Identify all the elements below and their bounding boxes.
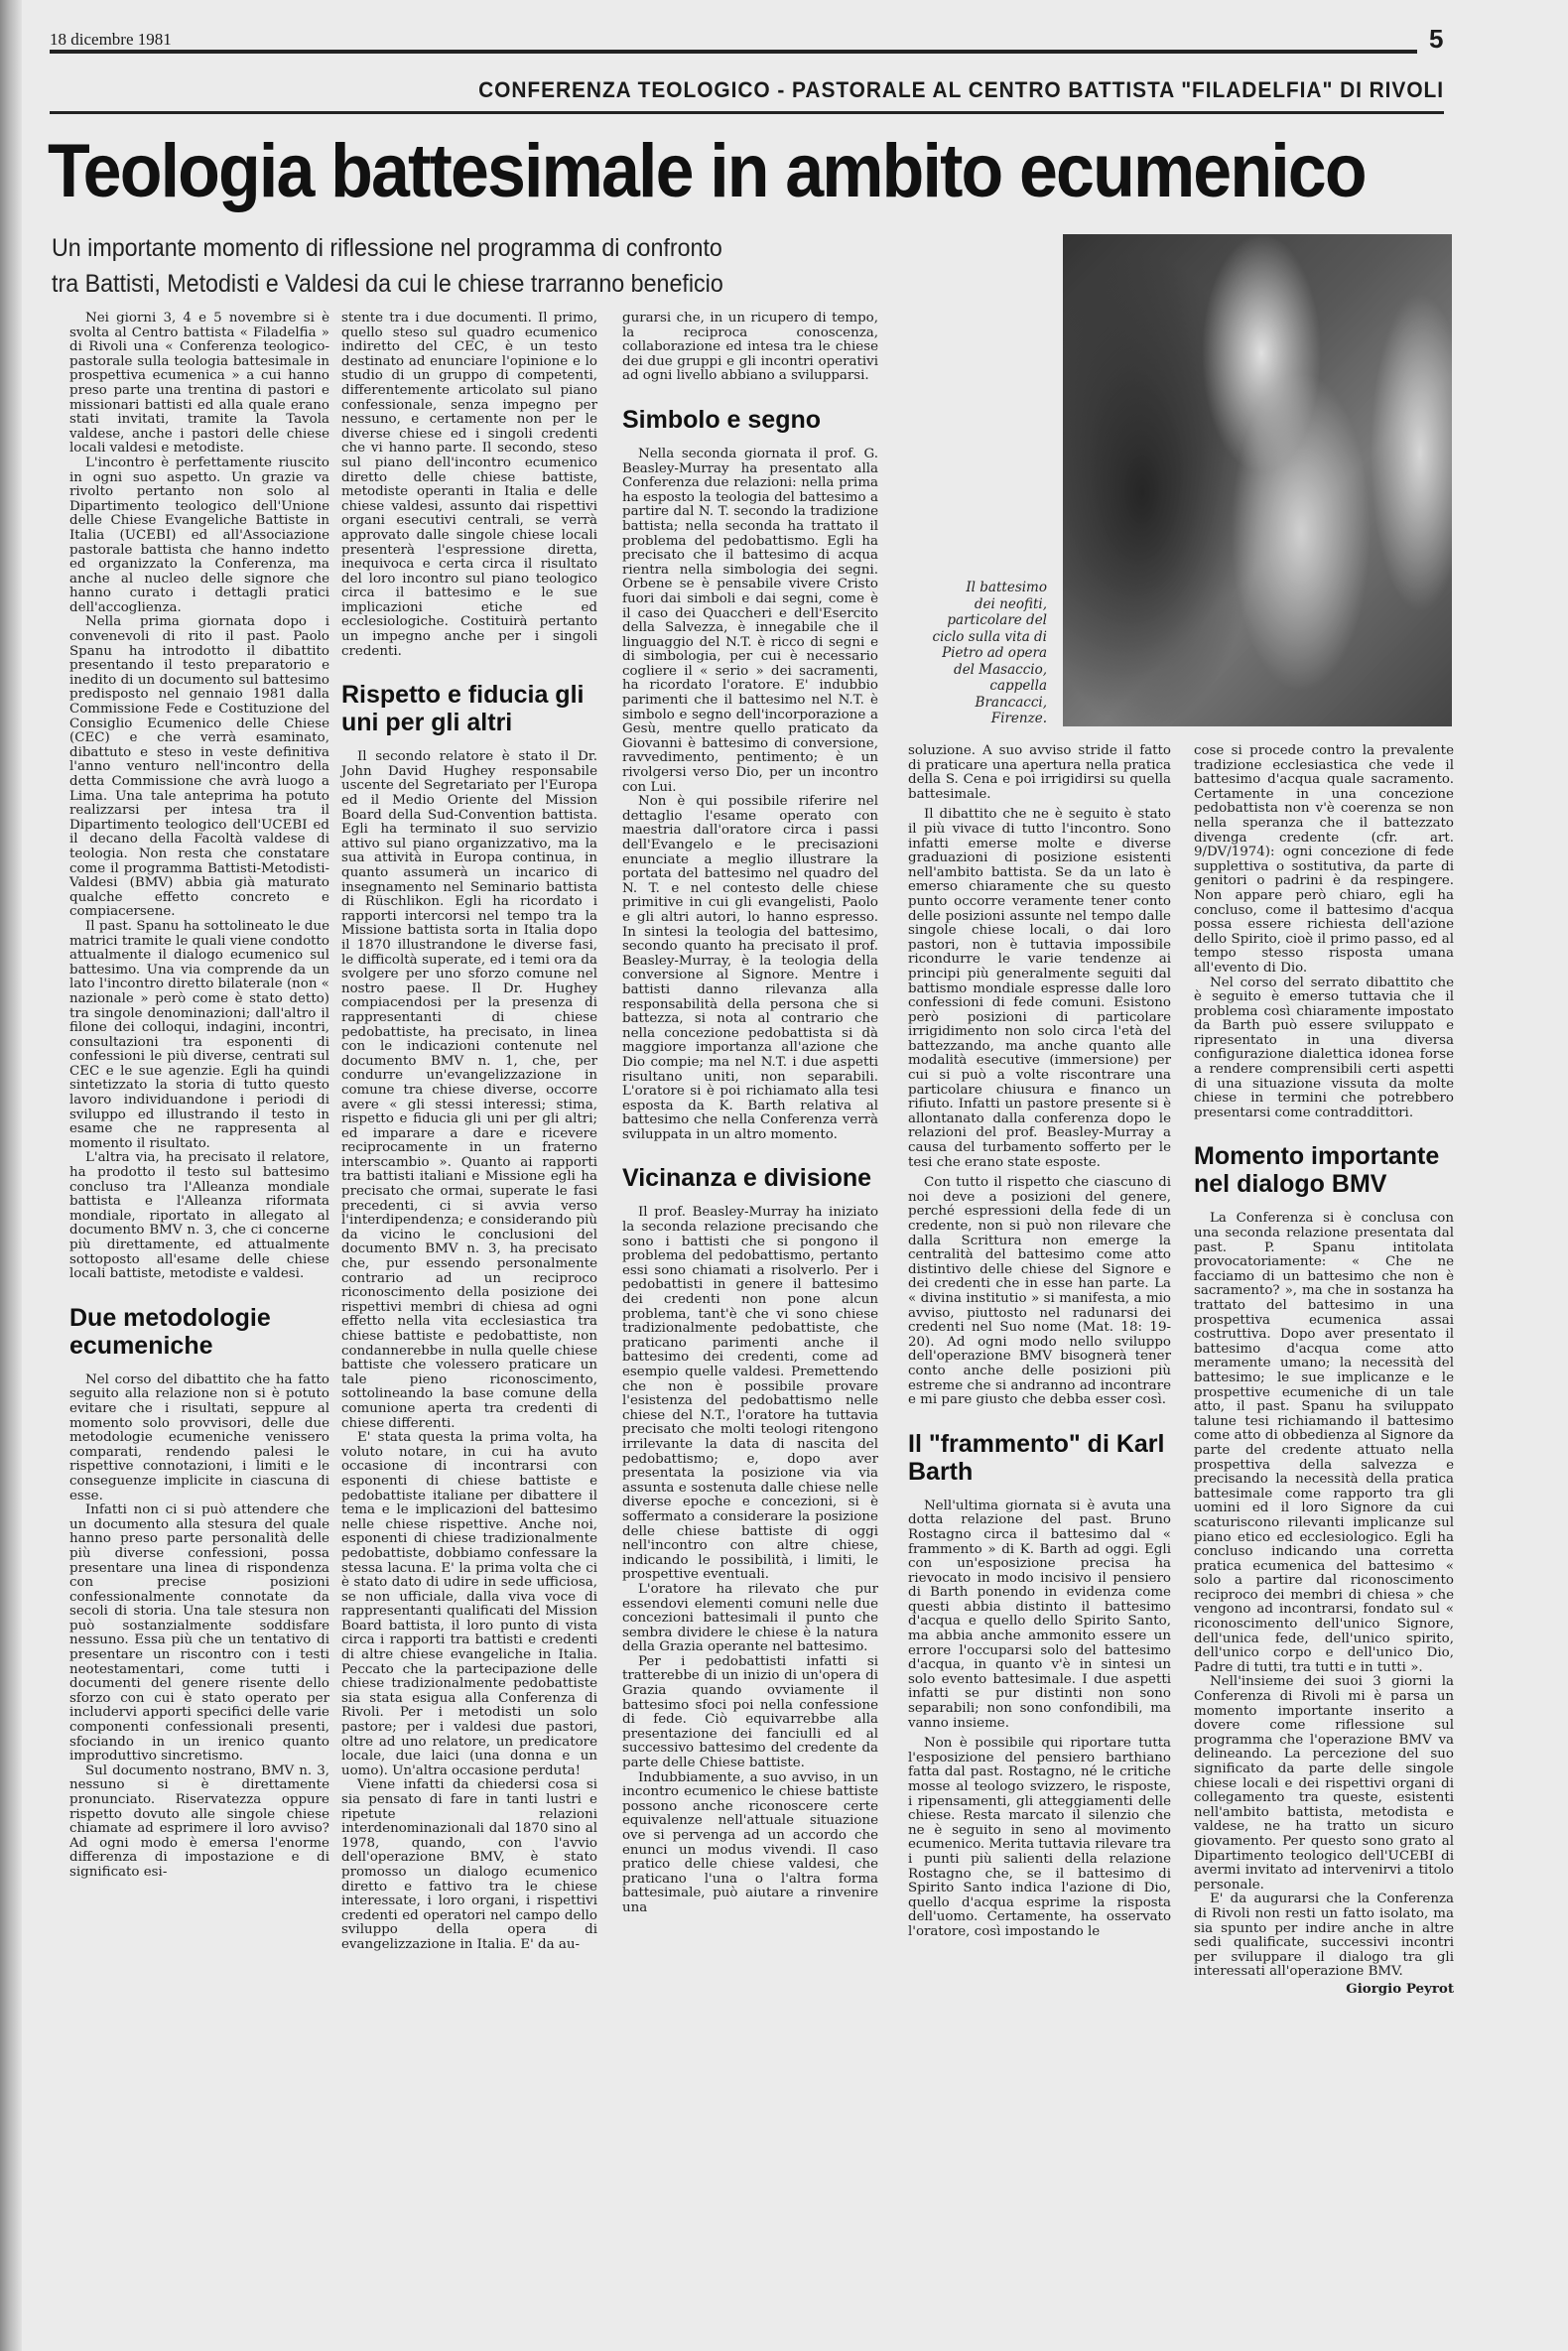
article-column-4: soluzione. A suo avviso stride il fatto …	[908, 744, 1171, 1940]
paragraph: Il prof. Beasley-Murray ha iniziato la s…	[622, 1206, 878, 1582]
caption-line: particolare del	[898, 612, 1047, 629]
photo-caption: Il battesimo dei neofiti, particolare de…	[898, 580, 1047, 727]
page-date: 18 dicembre 1981	[50, 30, 172, 50]
caption-line: dei neofiti,	[898, 596, 1047, 613]
page-number: 5	[1429, 24, 1443, 55]
section-title-due-metodologie: Due metodologie ecumeniche	[69, 1304, 329, 1360]
paragraph: cose si procede contro la prevalente tra…	[1194, 744, 1454, 977]
caption-line: Pietro ad opera	[898, 645, 1047, 662]
paragraph: Infatti non ci si può attendere che un d…	[69, 1503, 329, 1764]
paragraph: La Conferenza si è conclusa con una seco…	[1194, 1212, 1454, 1675]
paragraph: Nei giorni 3, 4 e 5 novembre si è svolta…	[69, 312, 329, 457]
paragraph: Indubbiamente, a suo avviso, in un incon…	[622, 1771, 878, 1916]
caption-line: Firenze.	[898, 711, 1047, 727]
article-column-2: stente tra i due documenti. Il primo, qu…	[341, 312, 597, 1953]
article-column-1: Nei giorni 3, 4 e 5 novembre si è svolta…	[69, 312, 329, 1881]
article-subheadline: Un importante momento di riflessione nel…	[52, 230, 846, 302]
section-title-frammento-barth: Il "frammento" di Karl Barth	[908, 1430, 1171, 1486]
masaccio-baptism-photo	[1063, 234, 1452, 726]
section-title-vicinanza-divisione: Vicinanza e divisione	[622, 1164, 878, 1192]
caption-line: Brancacci,	[898, 695, 1047, 712]
paragraph: Nell'ultima giornata si è avuta una dott…	[908, 1500, 1171, 1732]
paragraph: stente tra i due documenti. Il primo, qu…	[341, 312, 597, 659]
paragraph: Non è possibile qui riportare tutta l'es…	[908, 1737, 1171, 1939]
paragraph: Sul documento nostrano, BMV n. 3, nessun…	[69, 1764, 329, 1881]
kicker-rule-divider	[50, 111, 1444, 114]
author-signature: Giorgio Peyrot	[1194, 1982, 1454, 1997]
paragraph: Nel corso del dibattito che ha fatto seg…	[69, 1373, 329, 1503]
caption-line: Il battesimo	[898, 580, 1047, 596]
section-title-rispetto-fiducia: Rispetto e fiducia gli uni per gli altri	[341, 681, 597, 736]
paragraph: E' stata questa la prima volta, ha volut…	[341, 1431, 597, 1778]
caption-line: del Masaccio,	[898, 662, 1047, 679]
section-title-momento-importante: Momento importante nel dialogo BMV	[1194, 1142, 1454, 1198]
caption-line: cappella	[898, 678, 1047, 695]
article-column-3: gurarsi che, in un ricupero di tempo, la…	[622, 312, 878, 1916]
paragraph: Il past. Spanu ha sottolineato le due ma…	[69, 920, 329, 1152]
article-column-5: cose si procede contro la prevalente tra…	[1194, 744, 1454, 1997]
article-headline: Teologia battesimale in ambito ecumenico	[48, 127, 1344, 216]
top-rule-divider	[50, 50, 1417, 54]
paragraph: Non è qui possibile riferire nel dettagl…	[622, 795, 878, 1142]
paragraph: Nella seconda giornata il prof. G. Beasl…	[622, 448, 878, 795]
paragraph: Per i pedobattisti infatti si tratterebb…	[622, 1655, 878, 1771]
article-kicker: CONFERENZA TEOLOGICO - PASTORALE AL CENT…	[383, 77, 1444, 103]
paragraph: Con tutto il rispetto che ciascuno di no…	[908, 1176, 1171, 1408]
paragraph: Nell'insieme dei suoi 3 giorni la Confer…	[1194, 1675, 1454, 1893]
paragraph: Viene infatti da chiedersi cosa si sia p…	[341, 1778, 597, 1952]
paragraph: Nella prima giornata dopo i convenevoli …	[69, 615, 329, 919]
paragraph: L'oratore ha rilevato che pur essendovi …	[622, 1583, 878, 1655]
section-title-simbolo-segno: Simbolo e segno	[622, 406, 878, 434]
paragraph: Il secondo relatore è stato il Dr. John …	[341, 750, 597, 1431]
page-binding-shadow	[0, 0, 22, 2351]
subheadline-line-1: Un importante momento di riflessione nel…	[52, 230, 846, 266]
paragraph: E' da augurarsi che la Conferenza di Riv…	[1194, 1893, 1454, 1980]
paragraph: L'incontro è perfettamente riuscito in o…	[69, 457, 329, 616]
caption-line: ciclo sulla vita di	[898, 629, 1047, 646]
paragraph: Nel corso del serrato dibattito che è se…	[1194, 977, 1454, 1121]
paragraph: gurarsi che, in un ricupero di tempo, la…	[622, 312, 878, 384]
paragraph: L'altra via, ha precisato il relatore, h…	[69, 1151, 329, 1281]
paragraph: Il dibattito che ne è seguito è stato il…	[908, 808, 1171, 1170]
subheadline-line-2: tra Battisti, Metodisti e Valdesi da cui…	[52, 266, 846, 302]
paragraph: soluzione. A suo avviso stride il fatto …	[908, 744, 1171, 802]
